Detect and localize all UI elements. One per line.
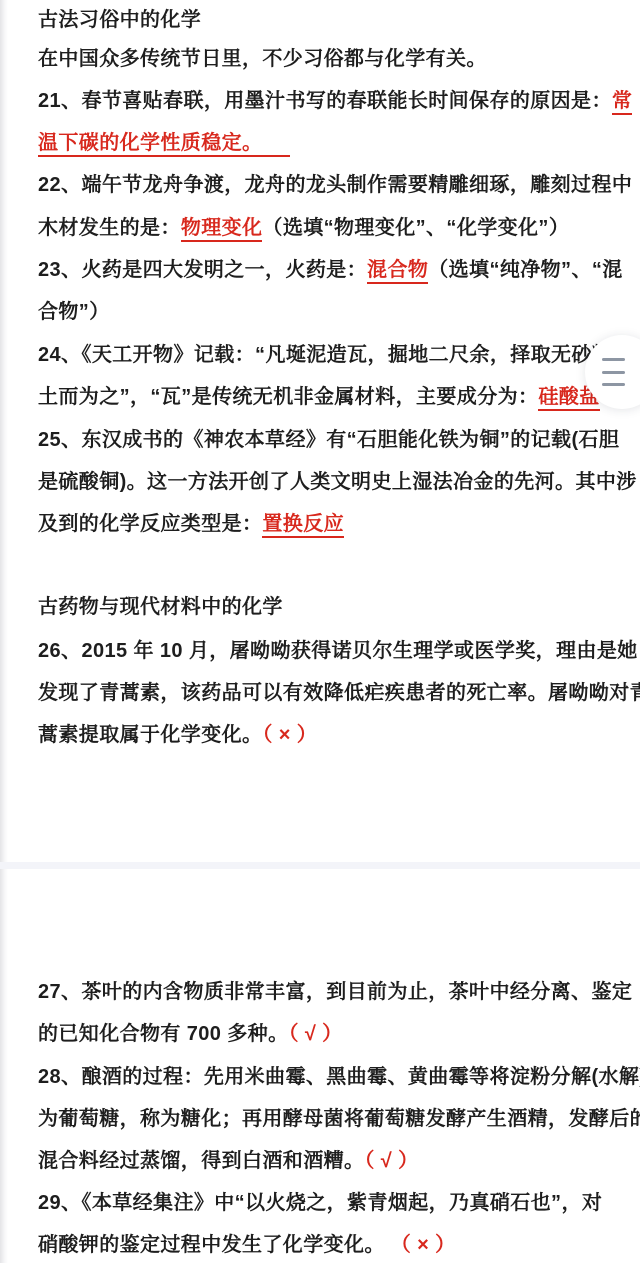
- page-break-divider: [0, 862, 640, 869]
- question-21-line-1: 21、春节喜贴春联，用墨汁书写的春联能长时间保存的原因是：常: [38, 87, 632, 115]
- question-24-line-2: 土而为之”，“瓦”是传统无机非金属材料，主要成分为：硅酸盐: [38, 383, 600, 411]
- page-left-edge-shadow: [0, 0, 8, 1263]
- intro-text: 在中国众多传统节日里，不少习俗都与化学有关。: [38, 48, 487, 70]
- question-28-line-2: 为葡萄糖，称为糖化；再用酵母菌将葡萄糖发酵产生酒精，发酵后的: [38, 1105, 640, 1133]
- section-heading-customs: 古法习俗中的化学: [38, 6, 201, 34]
- question-24-line-1: 24、《天工开物》记载：“凡埏泥造瓦，掘地二尺余，择取无砂粘: [38, 341, 612, 369]
- question-29-line-2: 硝酸钾的鉴定过程中发生了化学变化。 （ × ）: [38, 1231, 456, 1259]
- question-28-line-1: 28、酿酒的过程：先用米曲霉、黑曲霉、黄曲霉等将淀粉分解(水解): [38, 1063, 640, 1091]
- question-text: 混合料经过蒸馏，得到白酒和酒糟。: [38, 1150, 364, 1172]
- answer-text: 温下碳的化学性质稳定。: [38, 132, 290, 157]
- question-26-line-3: 蒿素提取属于化学变化。（ × ）: [38, 721, 317, 749]
- question-28-line-3: 混合料经过蒸馏，得到白酒和酒糟。（ √ ）: [38, 1147, 419, 1175]
- question-text: 的已知化合物有 700 多种。: [38, 1023, 288, 1045]
- question-29-line-1: 29、《本草经集注》中“以火烧之，紫青烟起，乃真硝石也”，对: [38, 1189, 602, 1217]
- question-25-line-1: 25、东汉成书的《神农本草经》有“石胆能化铁为铜”的记载(石胆: [38, 426, 619, 454]
- question-22-line-1: 22、端午节龙舟争渡，龙舟的龙头制作需要精雕细琢，雕刻过程中: [38, 171, 632, 199]
- question-text: 26、2015 年 10 月，屠呦呦获得诺贝尔生理学或医学奖，理由是她: [38, 640, 638, 662]
- judgment-mark-correct: （ √ ）: [288, 1023, 342, 1045]
- answer-text: 常: [612, 90, 632, 115]
- question-22-line-2: 木材发生的是：物理变化（选填“物理变化”、“化学变化”）: [38, 214, 569, 242]
- hamburger-bar: [602, 383, 625, 386]
- question-text: （选填“纯净物”、“混: [428, 259, 622, 281]
- question-text: 25、东汉成书的《神农本草经》有“石胆能化铁为铜”的记载(石胆: [38, 429, 619, 451]
- question-text: 21、春节喜贴春联，用墨汁书写的春联能长时间保存的原因是：: [38, 90, 612, 112]
- question-text: 为葡萄糖，称为糖化；再用酵母菌将葡萄糖发酵产生酒精，发酵后的: [38, 1108, 640, 1130]
- hamburger-bar: [602, 358, 625, 361]
- intro-line: 在中国众多传统节日里，不少习俗都与化学有关。: [38, 45, 487, 73]
- question-23-line-2: 合物”）: [38, 298, 110, 326]
- question-text: （选填“物理变化”、“化学变化”）: [262, 217, 569, 239]
- question-text: 22、端午节龙舟争渡，龙舟的龙头制作需要精雕细琢，雕刻过程中: [38, 174, 632, 196]
- question-27-line-2: 的已知化合物有 700 多种。（ √ ）: [38, 1020, 343, 1048]
- question-25-line-3: 及到的化学反应类型是：置换反应: [38, 510, 344, 538]
- question-text: 是硫酸铜)。这一方法开创了人类文明史上湿法冶金的先河。其中涉: [38, 471, 637, 493]
- answer-text: 混合物: [367, 259, 428, 284]
- question-text: 及到的化学反应类型是：: [38, 513, 262, 535]
- judgment-mark-wrong: （ × ）: [262, 724, 317, 746]
- question-text: 硝酸钾的鉴定过程中发生了化学变化。: [38, 1234, 391, 1256]
- question-text: 发现了青蒿素，该药品可以有效降低疟疾患者的死亡率。屠呦呦对青: [38, 682, 640, 704]
- judgment-mark-correct: （ √ ）: [364, 1150, 418, 1172]
- question-text: 蒿素提取属于化学变化。: [38, 724, 262, 746]
- question-23-line-1: 23、火药是四大发明之一，火药是：混合物（选填“纯净物”、“混: [38, 256, 623, 284]
- judgment-mark-wrong: （ × ）: [391, 1234, 456, 1256]
- question-27-line-1: 27、茶叶的内含物质非常丰富，到目前为止，茶叶中经分离、鉴定: [38, 978, 632, 1006]
- question-21-line-2: 温下碳的化学性质稳定。: [38, 129, 290, 157]
- question-text: 27、茶叶的内含物质非常丰富，到目前为止，茶叶中经分离、鉴定: [38, 981, 632, 1003]
- section-heading-materials: 古药物与现代材料中的化学: [38, 593, 283, 621]
- question-text: 木材发生的是：: [38, 217, 181, 239]
- question-text: 合物”）: [38, 301, 110, 323]
- question-text: 24、《天工开物》记载：“凡埏泥造瓦，掘地二尺余，择取无砂粘: [38, 344, 612, 366]
- hamburger-menu-icon: [602, 358, 625, 386]
- question-text: 土而为之”，“瓦”是传统无机非金属材料，主要成分为：: [38, 386, 538, 408]
- answer-text: 物理变化: [181, 217, 263, 242]
- document-page: 古法习俗中的化学 在中国众多传统节日里，不少习俗都与化学有关。 21、春节喜贴春…: [0, 0, 640, 1263]
- heading-text: 古法习俗中的化学: [38, 9, 201, 31]
- answer-text: 置换反应: [262, 513, 344, 538]
- question-26-line-2: 发现了青蒿素，该药品可以有效降低疟疾患者的死亡率。屠呦呦对青: [38, 679, 640, 707]
- question-text: 28、酿酒的过程：先用米曲霉、黑曲霉、黄曲霉等将淀粉分解(水解): [38, 1066, 640, 1088]
- question-text: 23、火药是四大发明之一，火药是：: [38, 259, 367, 281]
- question-26-line-1: 26、2015 年 10 月，屠呦呦获得诺贝尔生理学或医学奖，理由是她: [38, 637, 638, 665]
- question-25-line-2: 是硫酸铜)。这一方法开创了人类文明史上湿法冶金的先河。其中涉: [38, 468, 637, 496]
- hamburger-bar: [602, 371, 625, 374]
- question-text: 29、《本草经集注》中“以火烧之，紫青烟起，乃真硝石也”，对: [38, 1192, 602, 1214]
- heading-text: 古药物与现代材料中的化学: [38, 596, 283, 618]
